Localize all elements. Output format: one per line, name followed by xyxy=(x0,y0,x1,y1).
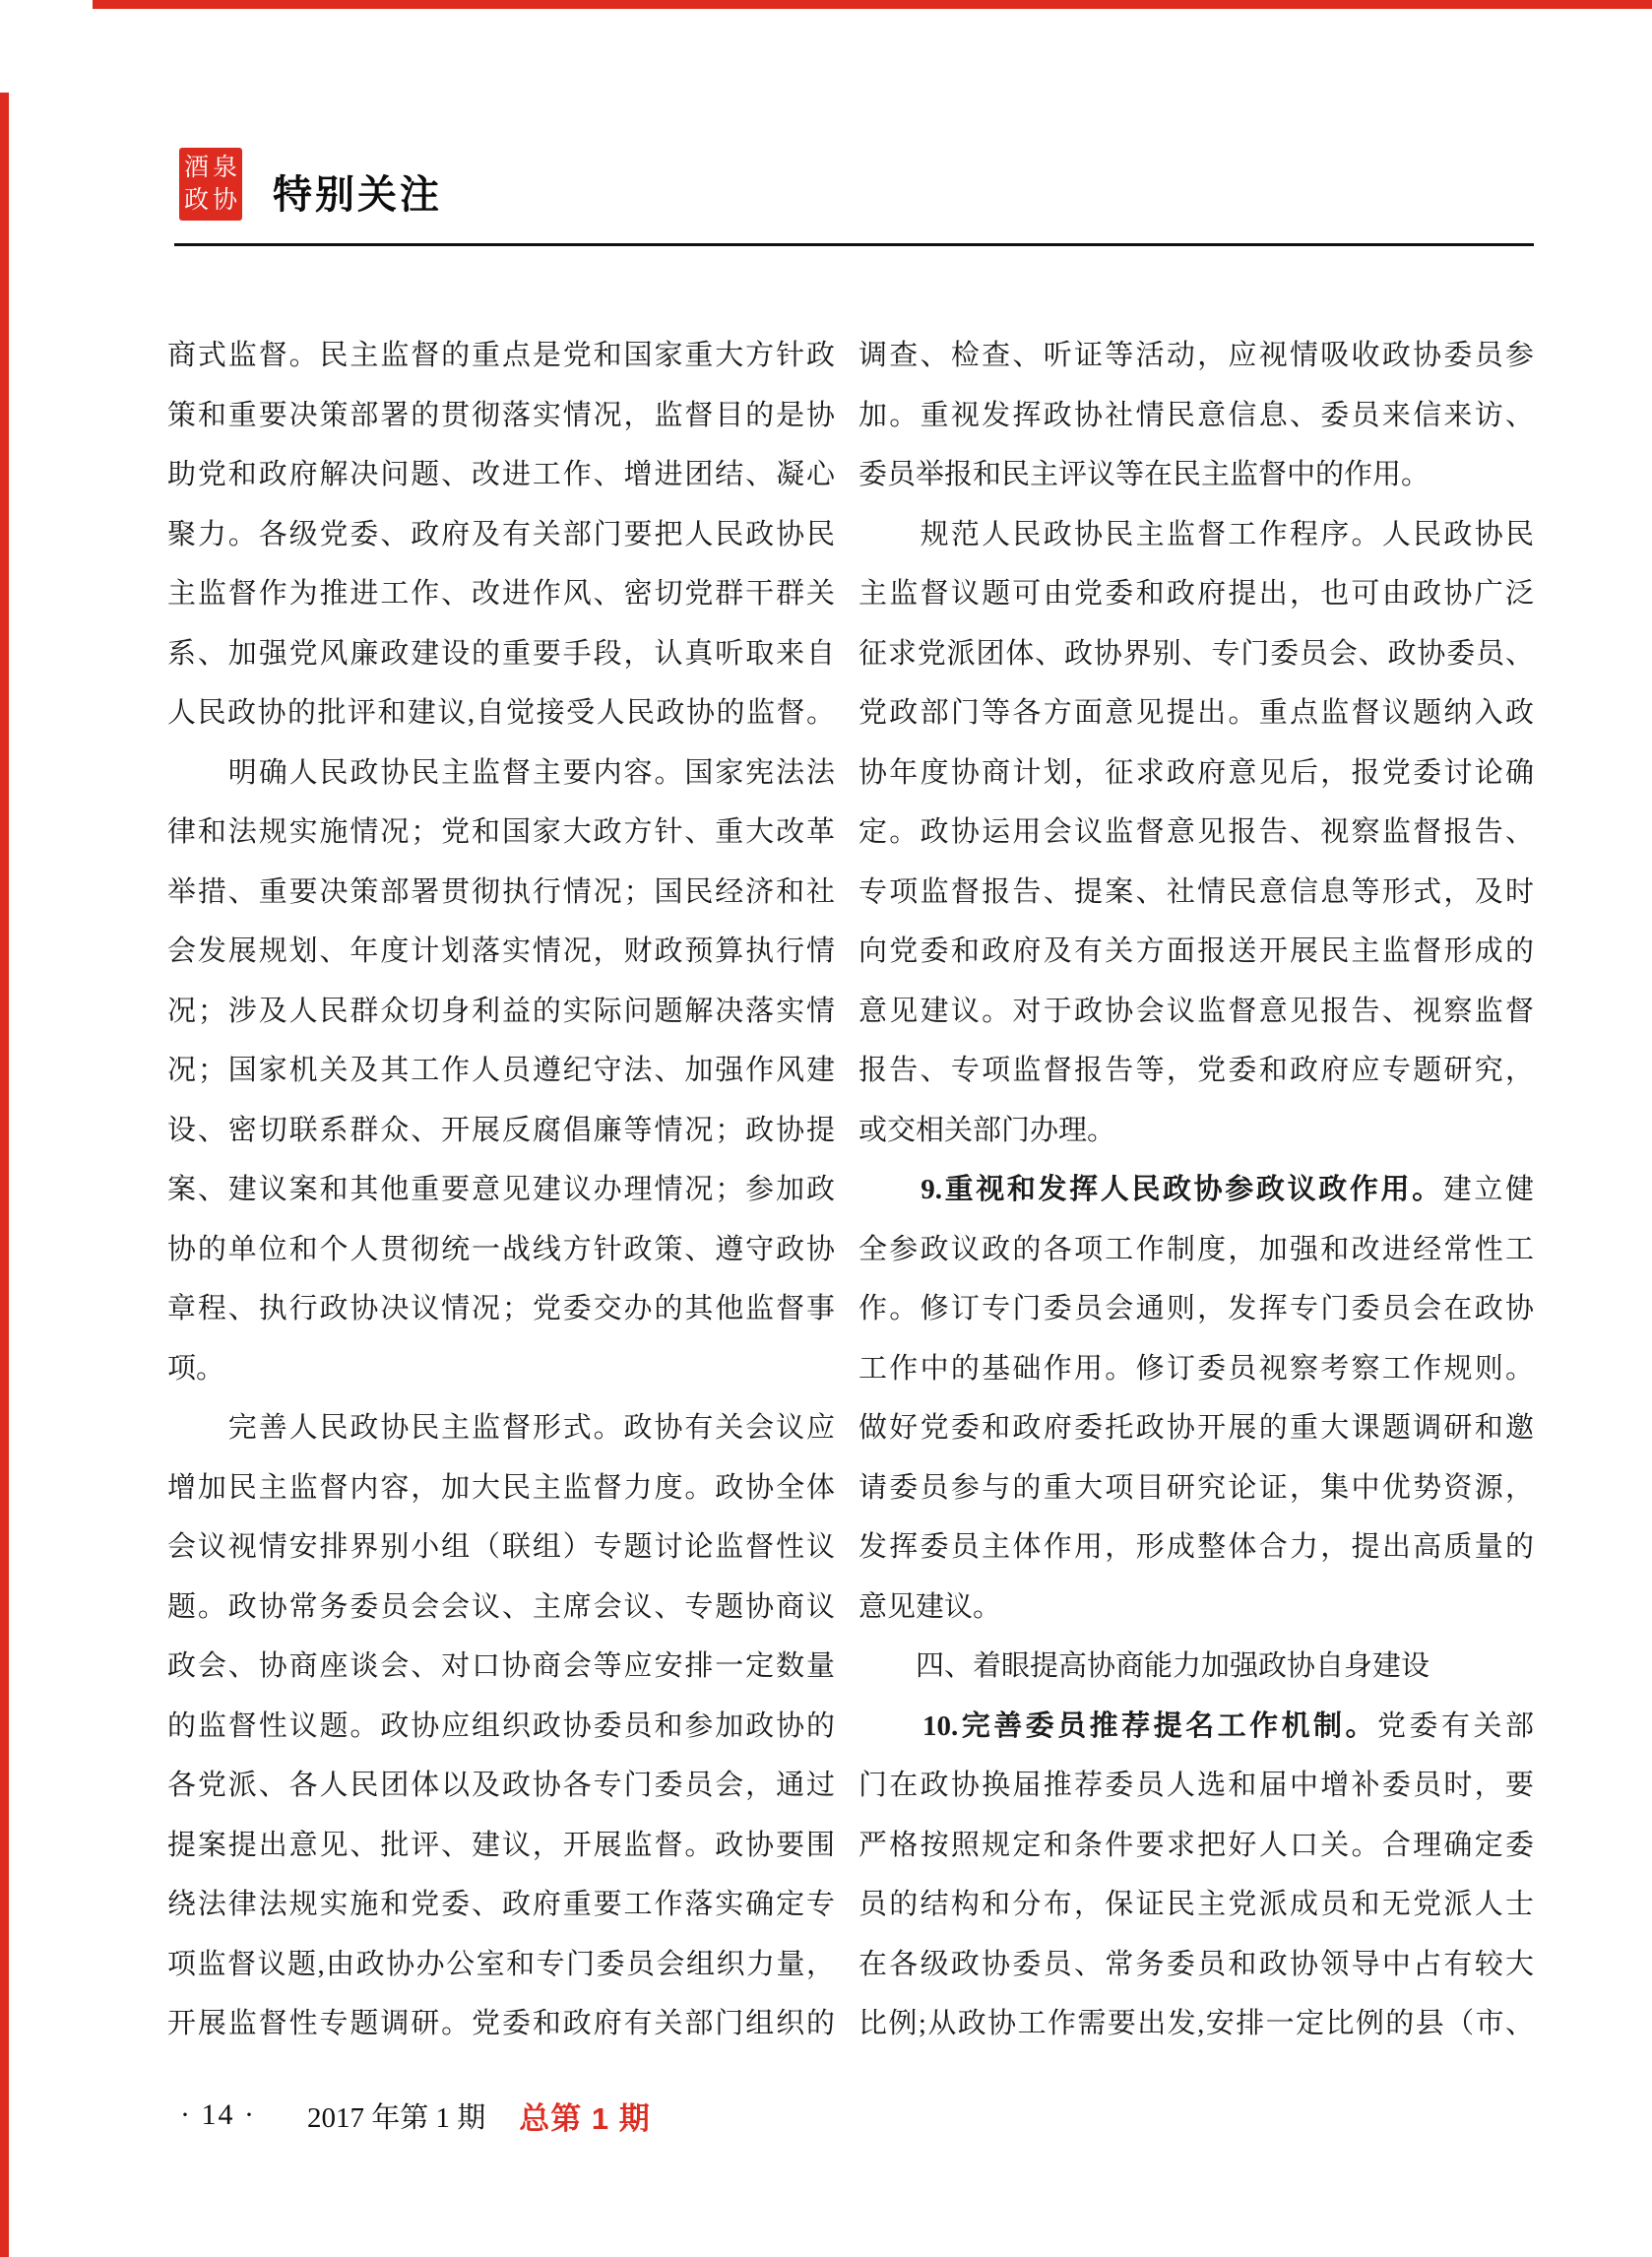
text-line: 10.完善委员推荐提名工作机制。党委有关部 xyxy=(858,1697,1534,1757)
text-segment: 请委员参与的重大项目研究论证，集中优势资源， xyxy=(858,1472,1534,1504)
page-left-red-border xyxy=(0,93,9,2257)
header-divider xyxy=(174,243,1534,246)
text-segment: 明确人民政协民主监督主要内容。国家宪法法 xyxy=(167,757,835,789)
text-segment: 增加民主监督内容，加大民主监督力度。政协全体 xyxy=(167,1472,835,1504)
text-line: 意见建议。对于政协会议监督意见报告、视察监督 xyxy=(858,982,1534,1042)
text-line: 向党委和政府及有关方面报送开展民主监督形成的 xyxy=(858,922,1534,982)
text-segment: 完善人民政协民主监督形式。政协有关会议应 xyxy=(167,1412,835,1444)
text-line: 党政部门等各方面意见提出。重点监督议题纳入政 xyxy=(858,683,1534,743)
text-segment: 征求党派团体、政协界别、专门委员会、政协委员、 xyxy=(858,638,1534,670)
text-line: 会发展规划、年度计划落实情况，财政预算执行情 xyxy=(167,922,835,982)
page-top-red-border xyxy=(93,0,1652,9)
magazine-page: 酒 泉 政 协 特别关注 商式监督。民主监督的重点是党和国家重大方针政策和重要决… xyxy=(0,0,1652,2257)
magazine-seal-logo: 酒 泉 政 协 xyxy=(179,148,242,221)
text-segment: 向党委和政府及有关方面报送开展民主监督形成的 xyxy=(858,935,1534,967)
text-line: 委员举报和民主评议等在民主监督中的作用。 xyxy=(858,445,1534,505)
text-segment: 在各级政协委员、常务委员和政协领导中占有较大 xyxy=(858,1949,1534,1980)
text-segment: 况；涉及人民群众切身利益的实际问题解决落实情 xyxy=(167,996,835,1027)
text-segment: 各党派、各人民团体以及政协各专门委员会，通过 xyxy=(167,1770,835,1801)
text-segment: 加。重视发挥政协社情民意信息、委员来信来访、 xyxy=(858,400,1534,431)
text-line: 提案提出意见、批评、建议，开展监督。政协要围 xyxy=(167,1816,835,1876)
text-segment: 发挥委员主体作用，形成整体合力，提出高质量的 xyxy=(858,1531,1534,1563)
text-line: 作。修订专门委员会通则，发挥专门委员会在政协 xyxy=(858,1279,1534,1339)
text-line: 各党派、各人民团体以及政协各专门委员会，通过 xyxy=(167,1756,835,1816)
seal-character: 酒 xyxy=(184,156,209,180)
text-segment: 商式监督。民主监督的重点是党和国家重大方针政 xyxy=(167,340,835,371)
text-segment: 主监督议题可由党委和政府提出，也可由政协广泛 xyxy=(858,578,1534,610)
text-segment: 意见建议。 xyxy=(858,1591,1001,1623)
text-line: 设、密切联系群众、开展反腐倡廉等情况；政协提 xyxy=(167,1101,835,1161)
seal-character: 政 xyxy=(184,188,209,213)
text-segment: 章程、执行政协决议情况；党委交办的其他监督事 xyxy=(167,1293,835,1324)
text-line: 比例;从政协工作需要出发,安排一定比例的县（市、 xyxy=(858,1994,1534,2054)
text-segment: 意见建议。对于政协会议监督意见报告、视察监督 xyxy=(858,996,1534,1027)
text-segment: 聚力。各级党委、政府及有关部门要把人民政协民 xyxy=(167,519,835,550)
text-line: 明确人民政协民主监督主要内容。国家宪法法 xyxy=(167,743,835,804)
text-line: 员的结构和分布，保证民主党派成员和无党派人士 xyxy=(858,1875,1534,1935)
text-segment: 建立健 xyxy=(1443,1174,1534,1205)
text-line: 案、建议案和其他重要意见建议办理情况；参加政 xyxy=(167,1160,835,1220)
text-line: 加。重视发挥政协社情民意信息、委员来信来访、 xyxy=(858,386,1534,446)
text-line: 题。政协常务委员会会议、主席会议、专题协商议 xyxy=(167,1578,835,1638)
left-column: 商式监督。民主监督的重点是党和国家重大方针政策和重要决策部署的贯彻落实情况，监督… xyxy=(167,326,835,2054)
text-line: 聚力。各级党委、政府及有关部门要把人民政协民 xyxy=(167,505,835,565)
text-line: 在各级政协委员、常务委员和政协领导中占有较大 xyxy=(858,1935,1534,1995)
text-segment: 助党和政府解决问题、改进工作、增进团结、凝心 xyxy=(167,459,835,490)
text-segment: 门在政协换届推荐委员人选和届中增补委员时，要 xyxy=(858,1770,1534,1801)
text-line: 况；涉及人民群众切身利益的实际问题解决落实情 xyxy=(167,982,835,1042)
text-segment: 人民政协的批评和建议,自觉接受人民政协的监督。 xyxy=(167,697,835,729)
text-segment: 举措、重要决策部署贯彻执行情况；国民经济和社 xyxy=(167,876,835,908)
text-segment: 案、建议案和其他重要意见建议办理情况；参加政 xyxy=(167,1174,835,1205)
text-line: 全参政议政的各项工作制度，加强和改进经常性工 xyxy=(858,1220,1534,1280)
text-segment: 党委有关部 xyxy=(1377,1710,1534,1742)
text-segment: 规范人民政协民主监督工作程序。人民政协民 xyxy=(858,519,1534,550)
text-line: 严格按照规定和条件要求把好人口关。合理确定委 xyxy=(858,1816,1534,1876)
text-segment: 绕法律法规实施和党委、政府重要工作落实确定专 xyxy=(167,1889,835,1920)
text-segment: 策和重要决策部署的贯彻落实情况，监督目的是协 xyxy=(167,400,835,431)
text-segment: 协年度协商计划，征求政府意见后，报党委讨论确 xyxy=(858,757,1534,789)
text-segment: 全参政议政的各项工作制度，加强和改进经常性工 xyxy=(858,1234,1534,1265)
text-segment: 政会、协商座谈会、对口协商会等应安排一定数量 xyxy=(167,1650,835,1682)
bold-text-segment: 9.重视和发挥人民政协参政议政作用。 xyxy=(858,1174,1443,1205)
text-line: 项监督议题,由政协办公室和专门委员会组织力量， xyxy=(167,1935,835,1995)
text-segment: 专项监督报告、提案、社情民意信息等形式，及时 xyxy=(858,876,1534,908)
text-line: 征求党派团体、政协界别、专门委员会、政协委员、 xyxy=(858,624,1534,684)
text-line: 举措、重要决策部署贯彻执行情况；国民经济和社 xyxy=(167,863,835,923)
text-segment: 做好党委和政府委托政协开展的重大课题调研和邀 xyxy=(858,1412,1534,1444)
text-segment: 开展监督性专题调研。党委和政府有关部门组织的 xyxy=(167,2008,835,2039)
text-segment: 律和法规实施情况；党和国家大政方针、重大改革 xyxy=(167,816,835,848)
text-segment: 项监督议题,由政协办公室和专门委员会组织力量， xyxy=(167,1949,835,1980)
text-line: 项。 xyxy=(167,1339,835,1399)
text-line: 9.重视和发挥人民政协参政议政作用。建立健 xyxy=(858,1160,1534,1220)
text-segment: 四、着眼提高协商能力加强政协自身建设 xyxy=(858,1650,1430,1682)
text-line: 会议视情安排界别小组（联组）专题讨论监督性议 xyxy=(167,1517,835,1578)
text-segment: 严格按照规定和条件要求把好人口关。合理确定委 xyxy=(858,1830,1534,1861)
text-segment: 系、加强党风廉政建设的重要手段，认真听取来自 xyxy=(167,638,835,670)
text-line: 主监督议题可由党委和政府提出，也可由政协广泛 xyxy=(858,564,1534,624)
text-line: 完善人民政协民主监督形式。政协有关会议应 xyxy=(167,1398,835,1458)
text-segment: 提案提出意见、批评、建议，开展监督。政协要围 xyxy=(167,1830,835,1861)
text-line: 政会、协商座谈会、对口协商会等应安排一定数量 xyxy=(167,1637,835,1697)
text-line: 商式监督。民主监督的重点是党和国家重大方针政 xyxy=(167,326,835,386)
text-segment: 题。政协常务委员会会议、主席会议、专题协商议 xyxy=(167,1591,835,1623)
text-line: 的监督性议题。政协应组织政协委员和参加政协的 xyxy=(167,1697,835,1757)
issue-total-badge: 总第 1 期 xyxy=(519,2094,650,2138)
text-segment: 报告、专项监督报告等，党委和政府应专题研究， xyxy=(858,1055,1534,1086)
text-line: 四、着眼提高协商能力加强政协自身建设 xyxy=(858,1637,1534,1697)
text-line: 增加民主监督内容，加大民主监督力度。政协全体 xyxy=(167,1458,835,1518)
text-line: 专项监督报告、提案、社情民意信息等形式，及时 xyxy=(858,863,1534,923)
text-segment: 或交相关部门办理。 xyxy=(858,1115,1115,1146)
bold-text-segment: 10.完善委员推荐提名工作机制。 xyxy=(858,1710,1377,1742)
text-segment: 作。修订专门委员会通则，发挥专门委员会在政协 xyxy=(858,1293,1534,1324)
text-line: 做好党委和政府委托政协开展的重大课题调研和邀 xyxy=(858,1398,1534,1458)
text-line: 章程、执行政协决议情况；党委交办的其他监督事 xyxy=(167,1279,835,1339)
text-line: 绕法律法规实施和党委、政府重要工作落实确定专 xyxy=(167,1875,835,1935)
text-line: 规范人民政协民主监督工作程序。人民政协民 xyxy=(858,505,1534,565)
text-segment: 比例;从政协工作需要出发,安排一定比例的县（市、 xyxy=(858,2008,1534,2039)
text-line: 定。政协运用会议监督意见报告、视察监督报告、 xyxy=(858,803,1534,863)
text-segment: 项。 xyxy=(167,1353,224,1385)
text-line: 开展监督性专题调研。党委和政府有关部门组织的 xyxy=(167,1994,835,2054)
text-line: 人民政协的批评和建议,自觉接受人民政协的监督。 xyxy=(167,683,835,743)
text-line: 工作中的基础作用。修订委员视察考察工作规则。 xyxy=(858,1339,1534,1399)
text-segment: 设、密切联系群众、开展反腐倡廉等情况；政协提 xyxy=(167,1115,835,1146)
text-line: 协年度协商计划，征求政府意见后，报党委讨论确 xyxy=(858,743,1534,804)
text-line: 协的单位和个人贯彻统一战线方针政策、遵守政协 xyxy=(167,1220,835,1280)
section-title: 特别关注 xyxy=(273,163,442,220)
seal-character: 协 xyxy=(213,188,237,213)
text-segment: 协的单位和个人贯彻统一战线方针政策、遵守政协 xyxy=(167,1234,835,1265)
text-segment: 定。政协运用会议监督意见报告、视察监督报告、 xyxy=(858,816,1534,848)
page-footer: · 14 · 2017 年第 1 期 总第 1 期 xyxy=(180,2094,651,2137)
text-segment: 会议视情安排界别小组（联组）专题讨论监督性议 xyxy=(167,1531,835,1563)
text-line: 门在政协换届推荐委员人选和届中增补委员时，要 xyxy=(858,1756,1534,1816)
text-segment: 委员举报和民主评议等在民主监督中的作用。 xyxy=(858,459,1430,490)
text-segment: 员的结构和分布，保证民主党派成员和无党派人士 xyxy=(858,1889,1534,1920)
text-line: 报告、专项监督报告等，党委和政府应专题研究， xyxy=(858,1041,1534,1101)
text-segment: 调查、检查、听证等活动，应视情吸收政协委员参 xyxy=(858,340,1534,371)
page-number: · 14 · xyxy=(180,2098,256,2132)
text-line: 律和法规实施情况；党和国家大政方针、重大改革 xyxy=(167,803,835,863)
text-line: 意见建议。 xyxy=(858,1578,1534,1638)
text-segment: 会发展规划、年度计划落实情况，财政预算执行情 xyxy=(167,935,835,967)
text-segment: 的监督性议题。政协应组织政协委员和参加政协的 xyxy=(167,1710,835,1742)
text-line: 系、加强党风廉政建设的重要手段，认真听取来自 xyxy=(167,624,835,684)
right-column: 调查、检查、听证等活动，应视情吸收政协委员参加。重视发挥政协社情民意信息、委员来… xyxy=(858,326,1534,2054)
issue-label: 2017 年第 1 期 xyxy=(307,2096,485,2136)
text-segment: 党政部门等各方面意见提出。重点监督议题纳入政 xyxy=(858,697,1534,729)
seal-character: 泉 xyxy=(213,156,237,180)
text-line: 发挥委员主体作用，形成整体合力，提出高质量的 xyxy=(858,1517,1534,1578)
text-line: 助党和政府解决问题、改进工作、增进团结、凝心 xyxy=(167,445,835,505)
text-segment: 况；国家机关及其工作人员遵纪守法、加强作风建 xyxy=(167,1055,835,1086)
text-line: 调查、检查、听证等活动，应视情吸收政协委员参 xyxy=(858,326,1534,386)
text-line: 策和重要决策部署的贯彻落实情况，监督目的是协 xyxy=(167,386,835,446)
text-line: 况；国家机关及其工作人员遵纪守法、加强作风建 xyxy=(167,1041,835,1101)
text-segment: 主监督作为推进工作、改进作风、密切党群干群关 xyxy=(167,578,835,610)
text-line: 主监督作为推进工作、改进作风、密切党群干群关 xyxy=(167,564,835,624)
text-segment: 工作中的基础作用。修订委员视察考察工作规则。 xyxy=(858,1353,1534,1385)
text-line: 请委员参与的重大项目研究论证，集中优势资源， xyxy=(858,1458,1534,1518)
text-line: 或交相关部门办理。 xyxy=(858,1101,1534,1161)
